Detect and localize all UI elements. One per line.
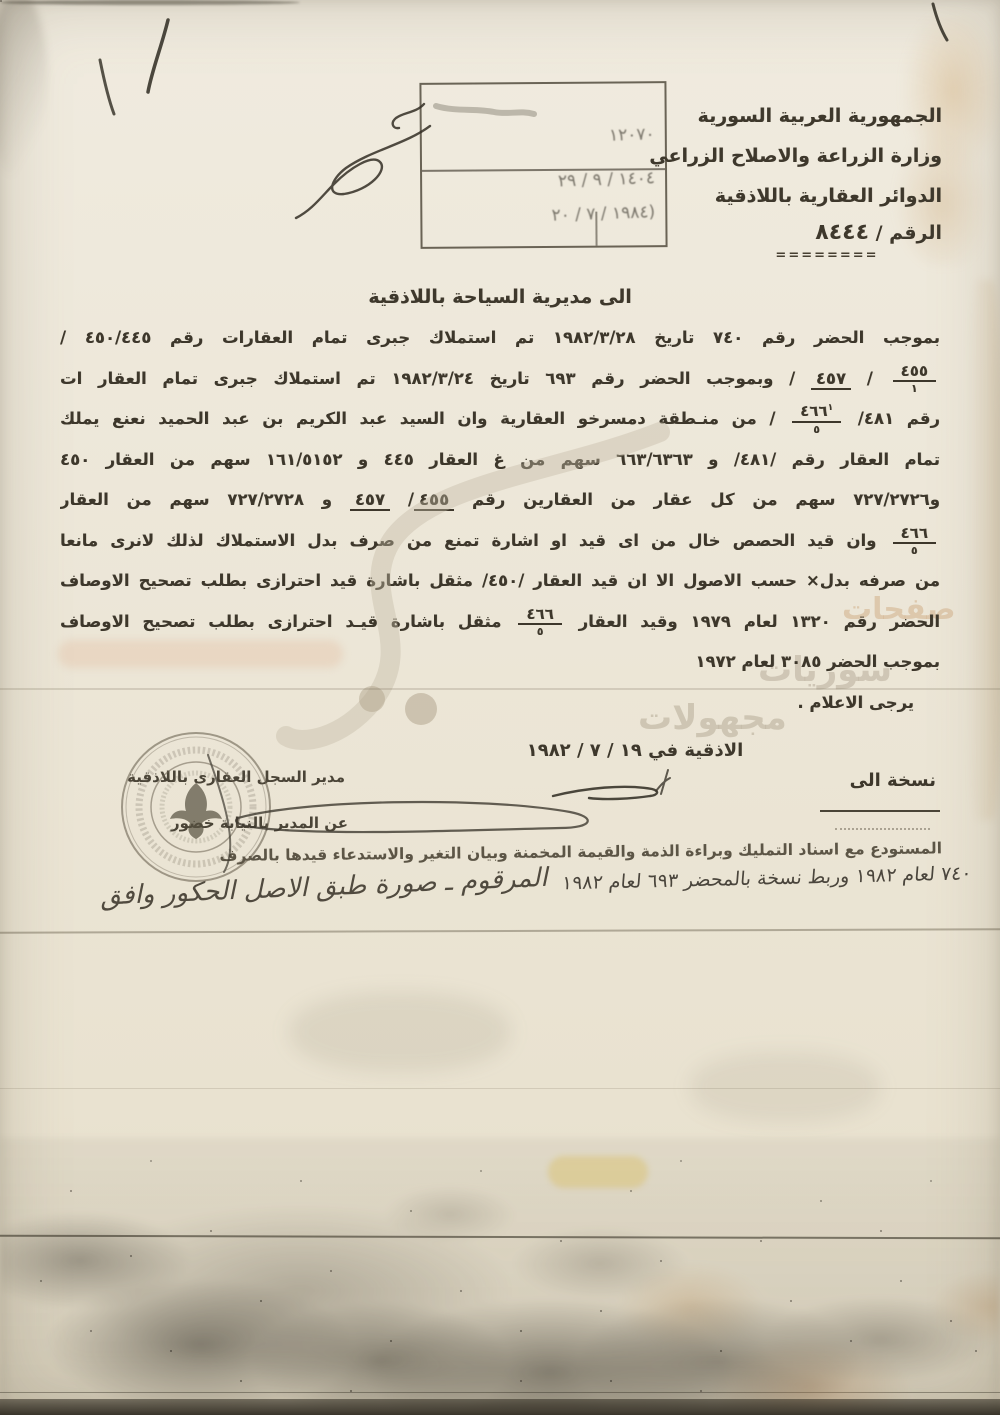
document-number-line: الرقم / ٨٤٤٤ xyxy=(649,216,942,250)
dirt-speckles xyxy=(0,0,2,2)
paper-wrinkle-shadow-1 xyxy=(290,992,510,1072)
body-line: بموجب الحضر رقم ٧٤٠ تاريخ ١٩٨٢/٣/٢٨ تم ا… xyxy=(60,318,940,359)
body-text: بموجب الحضر رقم ٧٤٠ تاريخ ١٩٨٢/٣/٢٨ تم ا… xyxy=(60,318,940,723)
scan-edge-bottom xyxy=(0,1399,1000,1415)
fold-crease-5 xyxy=(0,1392,1000,1393)
date-line: الاذقية في ١٩ / ٧ / ١٩٨٢ xyxy=(470,740,800,761)
margin-scribble xyxy=(296,104,430,218)
body-line: الحضر رقم ١٣٢٠ لعام ١٩٧٩ وقيد العقار ٤٦٦… xyxy=(60,602,940,643)
letterhead-line-department: الدوائر العقارية باللاذقية xyxy=(649,176,942,216)
body-line: تمام العقار رقم /٤٨١/ و ٦٦٣/٦٣٦٣ سهم من … xyxy=(60,440,940,481)
letterhead-line-country: الجمهورية العربية السورية xyxy=(649,96,942,136)
paper-stain-top-left xyxy=(0,0,48,180)
stamp-row: ١٤٠٤ / ٩ / ٢٩ xyxy=(430,168,656,205)
underlined-parcel-number: ٤٥٧ xyxy=(350,490,390,511)
body-line: يرجى الاعلام . xyxy=(60,683,940,724)
paper-wrinkle-shadow-2 xyxy=(690,1052,880,1122)
registry-stamp-box: ١٢٠٧٠ ١٤٠٤ / ٩ / ٢٩ (١٩٨٤ / ٧ / ٢٠ xyxy=(419,81,667,249)
letterhead: الجمهورية العربية السورية وزارة الزراعة … xyxy=(649,96,942,262)
stacked-parcel-number: ٤٦٦٥ xyxy=(518,606,561,639)
stacked-parcel-number: ٤٥٥١ xyxy=(893,363,936,396)
body-line: ٤٦٦٥ وان قيد الحصص خال من اى قيد او اشار… xyxy=(60,521,940,562)
body-line: بموجب الحضر ٣٠٨٥ لعام ١٩٧٢ xyxy=(60,642,940,683)
letterhead-line-ministry: وزارة الزراعة والاصلاح الزراعي xyxy=(649,136,942,176)
stamp-row: (١٩٨٤ / ٧ / ٢٠ xyxy=(430,202,656,239)
paper-stain-yellow xyxy=(548,1156,648,1188)
stacked-parcel-number: ٤٦٦٥ xyxy=(893,525,936,558)
recipient-line: الى مديرية السياحة باللاذقية xyxy=(0,286,1000,308)
signatory-deputy: عن المدير بالنيابة خضور xyxy=(148,814,348,832)
stacked-parcel-number: ٤٦٦١٥ xyxy=(792,403,841,436)
document-number-value: ٨٤٤٤ xyxy=(815,220,869,245)
paper-stain-right-edge xyxy=(968,280,1000,820)
underlined-parcel-number: ٤٥٥ xyxy=(414,490,454,511)
number-underline-dashes: ======== xyxy=(752,250,902,262)
body-line: و٧٢٧/٢٧٢٦ سهم من كل عقار من العقارين رقم… xyxy=(60,480,940,521)
body-line: من صرفه بدل× حسب الاصول الا ان قيد العقا… xyxy=(60,561,940,602)
scanned-document-page: صفحات سوريات مجهولات الجمهورية العربية ا… xyxy=(0,0,1000,1415)
bottom-smudge-stains xyxy=(0,1138,1000,1410)
date-signature-squiggle xyxy=(553,770,670,799)
fold-crease-3 xyxy=(0,1088,1000,1089)
footer-handwritten-right: ٧٤٠ لعام ١٩٨٢ وربط نسخة بالمحضر ٦٩٣ لعام… xyxy=(561,862,972,894)
copy-to-label: نسخة الى xyxy=(850,770,936,791)
stamp-row: ١٢٠٧٠ xyxy=(429,124,655,161)
footer-handwritten-flourish: المرقوم ـ صورة طبق الاصل الحكور وافق xyxy=(99,863,552,912)
scan-edge-top xyxy=(0,0,300,5)
copy-to-dotted-line xyxy=(835,828,930,830)
underlined-parcel-number: ٤٥٧ xyxy=(811,369,851,390)
fold-crease-2 xyxy=(0,928,1000,933)
stamp-row xyxy=(429,86,655,123)
document-number-label: الرقم / xyxy=(876,222,942,244)
fold-crease-4 xyxy=(0,1235,1000,1240)
body-line: ٤٥٥١ / ٤٥٧ / وبموجب الحضر رقم ٦٩٣ تاريخ … xyxy=(60,359,940,400)
signatory-title: مدير السجل العقارى باللاذقية xyxy=(100,768,345,786)
copy-to-underline xyxy=(820,810,940,812)
body-line: رقم ٤٨١/ ٤٦٦١٥ / من منـطقة دمسرخو العقار… xyxy=(60,399,940,440)
